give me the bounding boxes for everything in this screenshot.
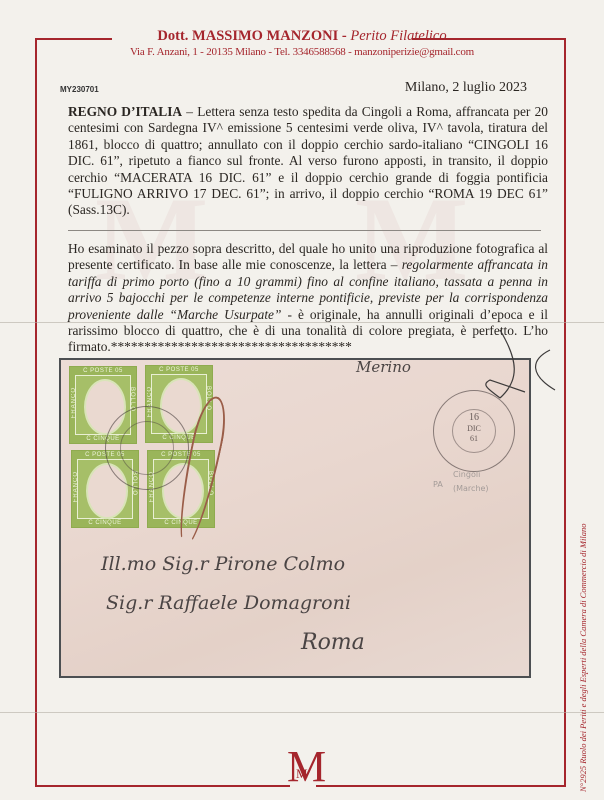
expert-name: Dott. MASSIMO MANZONI <box>157 28 338 44</box>
registry-text: N°2925 Ruolo dei Periti e degli Esperti … <box>578 524 588 792</box>
handwritten-city: Roma <box>301 630 365 655</box>
certificate-reference: MY230701 <box>60 85 99 94</box>
handwritten-route: Merino <box>356 358 411 376</box>
cancel-postmark <box>105 406 189 490</box>
letterhead-title: Dott. MASSIMO MANZONI - Perito Filatelic… <box>0 28 604 45</box>
fold-line <box>0 712 604 713</box>
pencil-note-right-bottom: (Marche) <box>453 484 489 493</box>
section-divider <box>68 230 541 231</box>
handwritten-address-line1: Ill.mo Sig.r Pirone Colmo <box>101 553 345 575</box>
manzoni-logo: M M <box>287 745 317 789</box>
description-paragraph: REGNO D’ITALIA – Lettera senza testo spe… <box>68 104 548 219</box>
description-text: – Lettera senza testo spedita da Cingoli… <box>68 104 548 217</box>
pencil-note-left: PA <box>433 480 443 489</box>
signature <box>460 320 570 410</box>
pencil-note-right-top: Cingoli <box>453 470 480 479</box>
certificate-date: Milano, 2 luglio 2023 <box>405 80 527 96</box>
letterhead-contact: Via F. Anzani, 1 - 20135 Milano - Tel. 3… <box>0 46 604 58</box>
description-heading: REGNO D’ITALIA <box>68 104 182 119</box>
handwritten-address-line2: Sig.r Raffaele Domagroni <box>106 592 351 614</box>
expert-title: Perito Filatelico <box>350 28 446 44</box>
